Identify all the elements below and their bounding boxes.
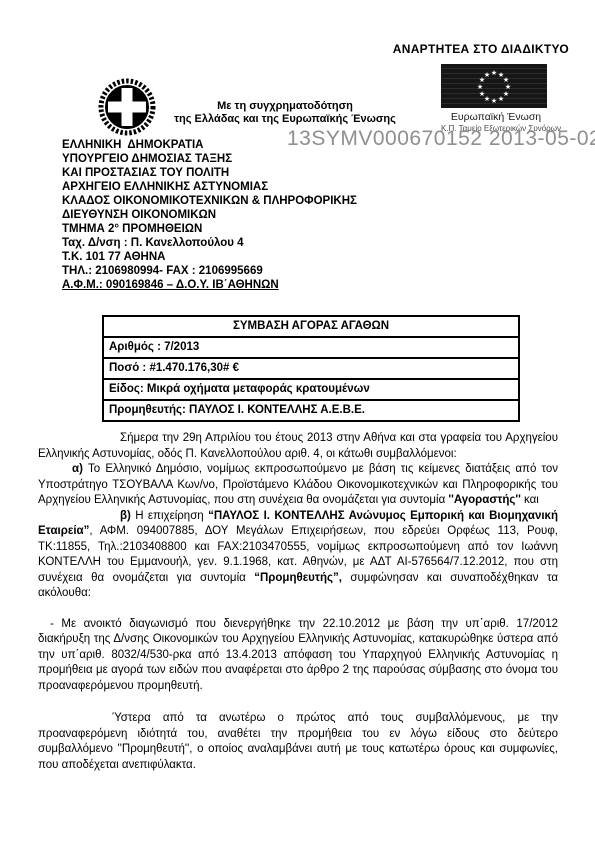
agency-line: ΤΗΛ.: 2106980994- FAX : 2106995669 xyxy=(62,264,357,278)
party-a-tail: και xyxy=(521,494,539,506)
agency-line: ΚΛΑΔΟΣ ΟΙΚΟΝΟΜΙΚΟΤΕΧΝΙΚΩΝ & ΠΛΗΡΟΦΟΡΙΚΗΣ xyxy=(62,194,357,208)
eu-caption: Ευρωπαϊκή Ένωση xyxy=(441,111,551,123)
agency-line: ΔΙΕΥΘΥΝΣΗ ΟΙΚΟΝΟΜΙΚΩΝ xyxy=(62,208,357,222)
agency-line: Τ.Κ. 101 77 ΑΘΗΝΑ xyxy=(62,250,357,264)
contract-number-cell: Αριθμός : 7/2013 xyxy=(103,337,519,358)
contract-amount-cell: Ποσό : #1.470.176,30# € xyxy=(103,358,519,379)
party-b-paragraph: β) Η επιχείρηση “ΠΑΥΛΟΣ Ι. ΚΟΝΤΕΛΛΗΣ Ανώ… xyxy=(38,509,558,602)
agency-line: ΤΜΗΜΑ 2° ΠΡΟΜΗΘΕΙΩΝ xyxy=(62,222,357,236)
document-body: Σήμερα την 29η Απριλίου του έτους 2013 σ… xyxy=(38,431,558,773)
intro-paragraph: Σήμερα την 29η Απριλίου του έτους 2013 σ… xyxy=(38,431,558,462)
contract-supplier-cell: Προμηθευτής: ΠΑΥΛΟΣ Ι. ΚΟΝΤΕΛΛΗΣ Α.Ε.Β.Ε… xyxy=(103,400,519,421)
table-row: Αριθμός : 7/2013 xyxy=(103,337,519,358)
svg-text:★: ★ xyxy=(491,97,497,105)
party-b-marker: β) xyxy=(120,510,135,522)
party-b-text-1: Η επιχείρηση xyxy=(135,510,208,522)
greek-emblem-icon xyxy=(96,76,158,138)
closing-paragraph: Ύστερα από τα ανωτέρω ο πρώτος από τους … xyxy=(38,711,558,773)
agency-line: ΚΑΙ ΠΡΟΣΤΑΣΙΑΣ ΤΟΥ ΠΟΛΙΤΗ xyxy=(62,166,357,180)
table-row: ΣΥΜΒΑΣΗ ΑΓΟΡΑΣ ΑΓΑΘΩΝ xyxy=(103,316,519,337)
eu-flag-block: ★★★ ★★★ ★★★ ★★★ Ευρωπαϊκή Ένωση Κ.Π. Ταμ… xyxy=(441,64,551,133)
greek-emblem-svg xyxy=(96,76,158,138)
svg-text:★: ★ xyxy=(491,69,497,77)
party-a-paragraph: α) Το Ελληνικό Δημόσιο, νομίμως εκπροσωπ… xyxy=(38,462,558,509)
svg-text:★: ★ xyxy=(477,83,483,91)
ada-protocol-watermark: 13SYMV000670152 2013-05-02 xyxy=(287,127,595,151)
svg-text:★: ★ xyxy=(479,90,485,98)
buyer-term: ''Αγοραστής'' xyxy=(448,494,520,506)
publish-notice: ΑΝΑΡΤΗΤΕΑ ΣΤΟ ΔΙΑΔΙΚΤΥΟ xyxy=(393,42,569,56)
table-row: Ποσό : #1.470.176,30# € xyxy=(103,358,519,379)
cofunding-line-2: της Ελλάδας και της Ευρωπαϊκής Ένωσης xyxy=(150,113,420,126)
award-paragraph: - Με ανοικτό διαγωνισμό που διενεργήθηκε… xyxy=(38,617,558,695)
agency-line: ΑΡΧΗΓΕΙΟ ΕΛΛΗΝΙΚΗΣ ΑΣΤΥΝΟΜΙΑΣ xyxy=(62,180,357,194)
contract-item-cell: Είδος: Μικρά οχήματα μεταφοράς κρατουμέν… xyxy=(103,379,519,400)
party-a-marker: α) xyxy=(72,463,88,475)
agency-address-block: ΕΛΛΗΝΙΚΗ ΔΗΜΟΚΡΑΤΙΑ ΥΠΟΥΡΓΕΙΟ ΔΗΜΟΣΙΑΣ Τ… xyxy=(62,138,357,292)
agency-line: ΥΠΟΥΡΓΕΙΟ ΔΗΜΟΣΙΑΣ ΤΑΞΗΣ xyxy=(62,152,357,166)
table-row: Είδος: Μικρά οχήματα μεταφοράς κρατουμέν… xyxy=(103,379,519,400)
svg-text:★: ★ xyxy=(484,71,490,79)
supplier-term: “Προμηθευτής”, xyxy=(254,572,342,584)
contract-document-page: { "banner": { "publish_notice": "ΑΝΑΡΤΗΤ… xyxy=(0,0,595,842)
contract-table-title: ΣΥΜΒΑΣΗ ΑΓΟΡΑΣ ΑΓΑΘΩΝ xyxy=(103,316,519,337)
table-row: Προμηθευτής: ΠΑΥΛΟΣ Ι. ΚΟΝΤΕΛΛΗΣ Α.Ε.Β.Ε… xyxy=(103,400,519,421)
eu-flag-image: ★★★ ★★★ ★★★ ★★★ xyxy=(441,64,547,108)
cofunding-statement: Με τη συγχρηματοδότηση της Ελλάδας και τ… xyxy=(150,100,420,126)
svg-text:★: ★ xyxy=(498,95,504,103)
agency-line: Ταχ. Δ/νση : Π. Κανελλοπούλου 4 xyxy=(62,236,357,250)
contract-summary-table: ΣΥΜΒΑΣΗ ΑΓΟΡΑΣ ΑΓΑΘΩΝ Αριθμός : 7/2013 Π… xyxy=(102,315,520,422)
agency-line-vat: Α.Φ.Μ.: 090169846 – Δ.Ο.Υ. ΙΒ΄ΑΘΗΝΩΝ xyxy=(62,278,357,292)
cofunding-line-1: Με τη συγχρηματοδότηση xyxy=(150,100,420,113)
